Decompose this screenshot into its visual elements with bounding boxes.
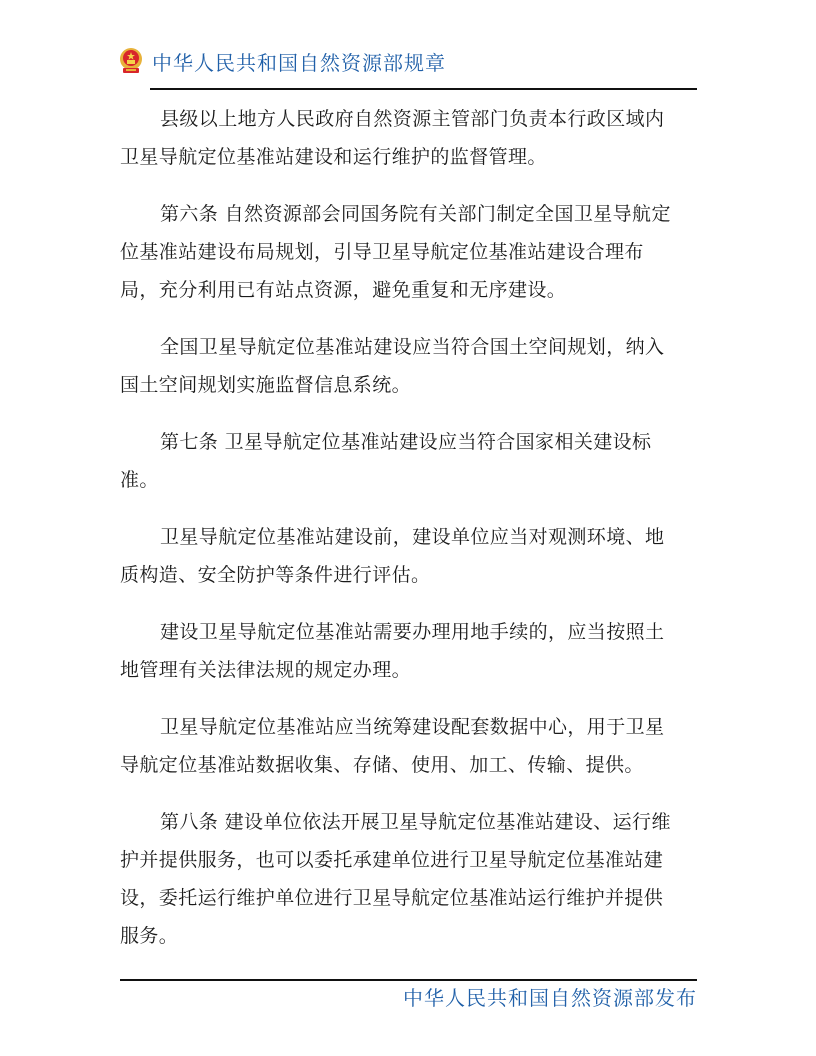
- paragraph: 建设卫星导航定位基准站需要办理用地手续的，应当按照土 地管理有关法律法规的规定办…: [120, 613, 700, 689]
- paragraph: 卫星导航定位基准站应当统筹建设配套数据中心，用于卫星 导航定位基准站数据收集、存…: [120, 708, 700, 784]
- text-line: 护并提供服务，也可以委托承建单位进行卫星导航定位基准站建: [120, 841, 700, 879]
- header-title: 中华人民共和国自然资源部规章: [152, 47, 446, 76]
- document-header: 中华人民共和国自然资源部规章: [118, 44, 446, 78]
- text-line: 位基准站建设布局规划，引导卫星导航定位基准站建设合理布: [120, 233, 700, 271]
- text-line: 准。: [120, 461, 700, 499]
- text-line: 局，充分利用已有站点资源，避免重复和无序建设。: [120, 271, 700, 309]
- text-line: 县级以上地方人民政府自然资源主管部门负责本行政区域内: [120, 100, 700, 138]
- text-line: 设，委托运行维护单位进行卫星导航定位基准站运行维护并提供: [120, 879, 700, 917]
- text-line: 服务。: [120, 917, 700, 955]
- text-line: 第八条 建设单位依法开展卫星导航定位基准站建设、运行维: [120, 803, 700, 841]
- footer-divider: [120, 979, 697, 981]
- text-line: 建设卫星导航定位基准站需要办理用地手续的，应当按照土: [120, 613, 700, 651]
- article-7-paragraph: 第七条 卫星导航定位基准站建设应当符合国家相关建设标 准。: [120, 423, 700, 499]
- text-line: 地管理有关法律法规的规定办理。: [120, 651, 700, 689]
- text-line: 国土空间规划实施监督信息系统。: [120, 366, 700, 404]
- text-line: 卫星导航定位基准站应当统筹建设配套数据中心，用于卫星: [120, 708, 700, 746]
- text-line: 卫星导航定位基准站建设和运行维护的监督管理。: [120, 138, 700, 176]
- paragraph: 县级以上地方人民政府自然资源主管部门负责本行政区域内 卫星导航定位基准站建设和运…: [120, 100, 700, 176]
- text-line: 导航定位基准站数据收集、存储、使用、加工、传输、提供。: [120, 746, 700, 784]
- text-line: 第六条 自然资源部会同国务院有关部门制定全国卫星导航定: [120, 195, 700, 233]
- header-divider: [150, 88, 697, 90]
- text-line: 质构造、安全防护等条件进行评估。: [120, 556, 700, 594]
- article-6-paragraph: 第六条 自然资源部会同国务院有关部门制定全国卫星导航定 位基准站建设布局规划，引…: [120, 195, 700, 309]
- text-line: 卫星导航定位基准站建设前，建设单位应当对观测环境、地: [120, 518, 700, 556]
- paragraph: 全国卫星导航定位基准站建设应当符合国土空间规划，纳入 国土空间规划实施监督信息系…: [120, 328, 700, 404]
- text-line: 全国卫星导航定位基准站建设应当符合国土空间规划，纳入: [120, 328, 700, 366]
- footer-publisher: 中华人民共和国自然资源部发布: [403, 982, 697, 1011]
- national-emblem-icon: [118, 47, 144, 75]
- paragraph: 卫星导航定位基准站建设前，建设单位应当对观测环境、地 质构造、安全防护等条件进行…: [120, 518, 700, 594]
- article-8-paragraph: 第八条 建设单位依法开展卫星导航定位基准站建设、运行维 护并提供服务，也可以委托…: [120, 803, 700, 955]
- document-body: 县级以上地方人民政府自然资源主管部门负责本行政区域内 卫星导航定位基准站建设和运…: [120, 100, 700, 974]
- text-line: 第七条 卫星导航定位基准站建设应当符合国家相关建设标: [120, 423, 700, 461]
